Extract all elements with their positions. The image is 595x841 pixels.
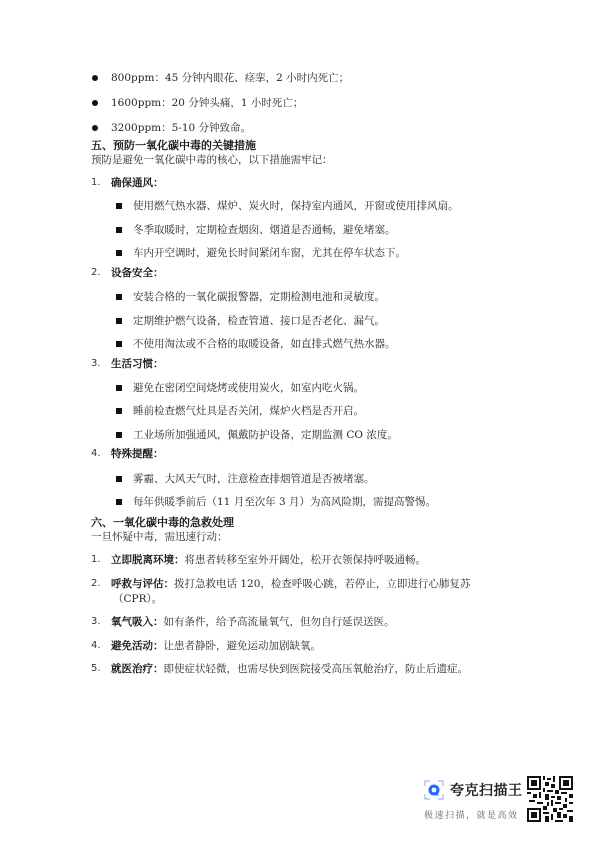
sub-item: 车内开空调时，避免长时间紧闭车窗，尤其在停车状态下。 xyxy=(133,246,406,260)
item-number: 1. xyxy=(91,553,101,567)
first-aid-step: 呼救与评估：拨打急救电话 120，检查呼吸心跳，若停止，立即进行心肺复苏 xyxy=(111,577,470,591)
step-label: 就医治疗： xyxy=(111,663,164,675)
first-aid-step: 立即脱离环境：将患者转移至室外开阔处，松开衣领保持呼吸通畅。 xyxy=(111,553,426,567)
bullet-dot-icon xyxy=(92,75,98,81)
item-label: 特殊提醒： xyxy=(111,447,164,461)
sub-item: 定期维护燃气设备，检查管道、接口是否老化、漏气。 xyxy=(133,314,385,328)
step-text: 如有条件，给予高流量氧气，但勿自行延误送医。 xyxy=(164,616,395,628)
sub-item: 雾霾、大风天气时，注意检查排烟管道是否被堵塞。 xyxy=(133,472,375,486)
square-bullet-icon xyxy=(116,250,122,256)
first-aid-step: 就医治疗：即使症状轻微，也需尽快到医院接受高压氧舱治疗，防止后遗症。 xyxy=(111,662,468,676)
brand-slogan: 极速扫描，就是高效 xyxy=(424,808,519,821)
square-bullet-icon xyxy=(116,408,122,414)
square-bullet-icon xyxy=(116,385,122,391)
first-aid-step: 避免活动：让患者静卧，避免运动加剧缺氧。 xyxy=(111,639,321,653)
section-5-intro: 预防是避免一氧化碳中毒的核心，以下措施需牢记： xyxy=(91,153,333,167)
brand-name: 夸克扫描王 xyxy=(450,780,523,800)
item-number: 4. xyxy=(91,447,101,461)
sub-item: 安装合格的一氧化碳报警器，定期检测电池和灵敏度。 xyxy=(133,290,385,304)
sub-item: 每年供暖季前后（11 月至次年 3 月）为高风险期，需提高警惕。 xyxy=(133,495,436,509)
intro-bullet: 3200ppm：5-10 分钟致命。 xyxy=(111,121,251,135)
section-6-intro: 一旦怀疑中毒，需迅速行动： xyxy=(91,530,228,544)
square-bullet-icon xyxy=(116,341,122,347)
item-label: 确保通风： xyxy=(111,176,164,190)
step-text: 让患者静卧，避免运动加剧缺氧。 xyxy=(164,640,322,652)
quark-logo-icon xyxy=(424,780,444,800)
item-number: 2. xyxy=(91,577,101,591)
sub-item: 睡前检查燃气灶具是否关闭，煤炉火档是否开启。 xyxy=(133,404,364,418)
item-number: 2. xyxy=(91,266,101,280)
sub-item: 使用燃气热水器、煤炉、炭火时，保持室内通风，开窗或使用排风扇。 xyxy=(133,199,459,213)
square-bullet-icon xyxy=(116,499,122,505)
item-number: 3. xyxy=(91,357,101,371)
square-bullet-icon xyxy=(116,432,122,438)
square-bullet-icon xyxy=(116,227,122,233)
item-number: 5. xyxy=(91,662,101,676)
section-6-title: 六、一氧化碳中毒的急救处理 xyxy=(91,516,234,530)
intro-bullet: 1600ppm：20 分钟头痛，1 小时死亡； xyxy=(111,96,303,110)
sub-item: 避免在密闭空间烧烤或使用炭火，如室内吃火锅。 xyxy=(133,381,364,395)
step-text-continued: （CPR）。 xyxy=(113,592,162,606)
item-label: 设备安全： xyxy=(111,266,164,280)
sub-item: 不使用淘汰或不合格的取暖设备，如直排式燃气热水器。 xyxy=(133,337,396,351)
square-bullet-icon xyxy=(116,203,122,209)
sub-item: 冬季取暖时，定期检查烟囱、烟道是否通畅，避免堵塞。 xyxy=(133,223,396,237)
qr-code-icon xyxy=(527,776,573,822)
step-label: 立即脱离环境： xyxy=(111,554,185,566)
step-text: 将患者转移至室外开阔处，松开衣领保持呼吸通畅。 xyxy=(185,554,427,566)
document-page: 800ppm：45 分钟内眼花、痉挛，2 小时内死亡； 1600ppm：20 分… xyxy=(0,0,595,841)
bullet-dot-icon xyxy=(92,100,98,106)
first-aid-step: 氧气吸入：如有条件，给予高流量氧气，但勿自行延误送医。 xyxy=(111,615,395,629)
step-label: 氧气吸入： xyxy=(111,616,164,628)
bullet-dot-icon xyxy=(92,125,98,131)
step-label: 避免活动： xyxy=(111,640,164,652)
item-label: 生活习惯： xyxy=(111,357,164,371)
step-text: 即使症状轻微，也需尽快到医院接受高压氧舱治疗，防止后遗症。 xyxy=(164,663,469,675)
item-number: 4. xyxy=(91,639,101,653)
section-5-title: 五、预防一氧化碳中毒的关键措施 xyxy=(91,139,256,153)
sub-item: 工业场所加强通风，佩戴防护设备，定期监测 CO 浓度。 xyxy=(133,428,398,442)
square-bullet-icon xyxy=(116,476,122,482)
step-label: 呼救与评估： xyxy=(111,578,174,590)
square-bullet-icon xyxy=(116,318,122,324)
item-number: 1. xyxy=(91,176,101,190)
item-number: 3. xyxy=(91,615,101,629)
intro-bullet: 800ppm：45 分钟内眼花、痉挛，2 小时内死亡； xyxy=(111,71,349,85)
square-bullet-icon xyxy=(116,294,122,300)
step-text: 拨打急救电话 120，检查呼吸心跳，若停止，立即进行心肺复苏 xyxy=(174,578,470,590)
